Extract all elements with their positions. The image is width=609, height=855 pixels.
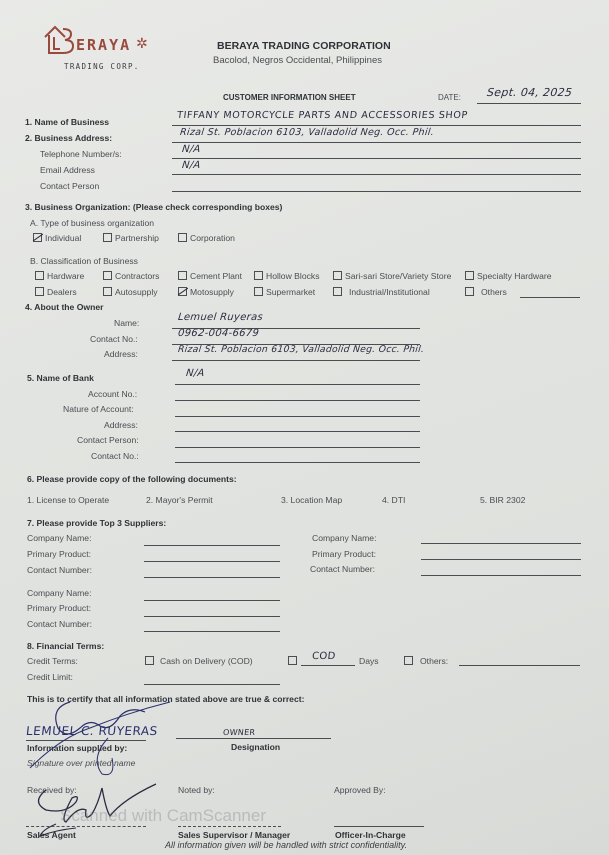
contractors-label: Contractors bbox=[115, 271, 159, 281]
business-address-line bbox=[172, 142, 581, 143]
supplier3-product-label: Primary Product: bbox=[27, 603, 91, 613]
corporation-checkbox[interactable] bbox=[178, 233, 187, 242]
individual-label: Individual bbox=[45, 233, 81, 243]
motosupply-checkbox[interactable] bbox=[178, 287, 187, 296]
others-checkbox[interactable] bbox=[465, 287, 474, 296]
class-hollow-blocks-option[interactable]: Hollow Blocks bbox=[254, 271, 320, 281]
supplier3-contact-label: Contact Number: bbox=[27, 619, 92, 629]
business-organization-title: 3. Business Organization: (Please check … bbox=[25, 202, 282, 212]
supplier2-company-label: Company Name: bbox=[312, 533, 376, 543]
supplier2-company-line bbox=[421, 543, 581, 544]
supplied-by-line bbox=[26, 740, 146, 741]
financial-title: 8. Financial Terms: bbox=[27, 641, 104, 651]
bank-account-line bbox=[175, 400, 420, 401]
telephone-label: Telephone Number/s: bbox=[40, 149, 122, 159]
hollow-blocks-checkbox[interactable] bbox=[254, 271, 263, 280]
designation-line bbox=[176, 738, 331, 739]
supplier3-product-line bbox=[144, 616, 280, 617]
customer-information-sheet: ERAYA ✲ TRADING CORP. BERAYA TRADING COR… bbox=[0, 0, 609, 855]
supermarket-checkbox[interactable] bbox=[254, 287, 263, 296]
corporation-label: Corporation bbox=[190, 233, 235, 243]
classification-title: B. Classification of Business bbox=[30, 256, 138, 266]
supervisor-line bbox=[178, 826, 281, 827]
supplier1-contact-label: Contact Number: bbox=[27, 565, 92, 575]
industrial-checkbox[interactable] bbox=[333, 287, 342, 296]
hardware-label: Hardware bbox=[47, 271, 84, 281]
contact-person-label: Contact Person bbox=[40, 181, 99, 191]
supplier2-product-label: Primary Product: bbox=[312, 549, 376, 559]
others-terms-line bbox=[459, 665, 580, 666]
motosupply-label: Motosupply bbox=[190, 287, 234, 297]
bank-contact-no-label: Contact No.: bbox=[91, 451, 139, 461]
credit-terms-label: Credit Terms: bbox=[27, 656, 78, 666]
designation-label: Designation bbox=[231, 742, 280, 752]
company-logo: ERAYA ✲ TRADING CORP. bbox=[40, 25, 165, 75]
cod-checkbox[interactable] bbox=[145, 656, 154, 665]
owner-address-value[interactable]: Rizal St. Poblacion 6103, Valladolid Neg… bbox=[177, 344, 424, 355]
cod-option[interactable]: Cash on Delivery (COD) bbox=[145, 656, 253, 666]
autosupply-label: Autosupply bbox=[115, 287, 158, 297]
days-line bbox=[301, 665, 355, 666]
others-label: Others bbox=[481, 287, 507, 297]
bank-address-line bbox=[175, 431, 420, 432]
bank-nature-line bbox=[175, 416, 420, 417]
confidentiality-note: All information given will be handled wi… bbox=[165, 840, 407, 850]
type-corporation-option[interactable]: Corporation bbox=[178, 233, 235, 243]
email-line bbox=[172, 174, 581, 175]
others-terms-checkbox[interactable] bbox=[404, 656, 413, 665]
approved-by-label: Approved By: bbox=[334, 785, 386, 795]
cod-label: Cash on Delivery (COD) bbox=[160, 656, 253, 666]
business-name-line bbox=[172, 125, 581, 126]
document-license: 1. License to Operate bbox=[27, 495, 109, 505]
supplier3-company-label: Company Name: bbox=[27, 588, 91, 598]
signature-note: Signature over printed name bbox=[27, 758, 135, 768]
business-name-value[interactable]: TIFFANY MOTORCYCLE PARTS AND ACCESSORIES… bbox=[176, 110, 468, 121]
days-label: Days bbox=[359, 656, 379, 666]
days-value[interactable]: COD bbox=[311, 651, 336, 662]
logo-subtitle: TRADING CORP. bbox=[64, 62, 140, 71]
industrial-label: Industrial/Institutional bbox=[349, 287, 430, 297]
suppliers-title: 7. Please provide Top 3 Suppliers: bbox=[27, 518, 166, 528]
officer-line bbox=[334, 826, 424, 827]
document-mayors-permit: 2. Mayor's Permit bbox=[146, 495, 213, 505]
logo-house-b-icon bbox=[43, 25, 79, 55]
officer-label: Officer-In-Charge bbox=[335, 830, 406, 840]
bank-name-line bbox=[175, 384, 420, 385]
bank-account-label: Account No.: bbox=[88, 389, 137, 399]
business-address-label: 2. Business Address: bbox=[25, 133, 112, 143]
supplier3-contact-line bbox=[144, 631, 280, 632]
telephone-line bbox=[172, 158, 581, 159]
designation-value[interactable]: OWNER bbox=[223, 728, 256, 737]
supplier2-contact-line bbox=[421, 575, 581, 576]
bank-address-label: Address: bbox=[104, 420, 138, 430]
others-specify-line bbox=[520, 297, 580, 298]
supplier1-company-line bbox=[144, 545, 280, 546]
owner-name-value[interactable]: Lemuel Ruyeras bbox=[177, 312, 263, 323]
days-checkbox[interactable] bbox=[288, 656, 297, 665]
bank-title: 5. Name of Bank bbox=[27, 373, 94, 383]
supplier1-product-line bbox=[144, 561, 280, 562]
owner-contact-value[interactable]: 0962-004-6679 bbox=[177, 328, 259, 339]
owner-address-line bbox=[172, 360, 420, 361]
dealers-label: Dealers bbox=[47, 287, 77, 297]
company-address: Bacolod, Negros Occidental, Philippines bbox=[213, 55, 382, 66]
certification-statement: This is to certify that all information … bbox=[27, 694, 304, 704]
date-label: DATE: bbox=[438, 93, 461, 102]
supplier1-contact-line bbox=[144, 577, 280, 578]
class-dealers-option[interactable]: Dealers bbox=[35, 287, 77, 297]
individual-checkbox[interactable] bbox=[33, 233, 42, 242]
document-bir: 5. BIR 2302 bbox=[480, 495, 525, 505]
noted-by-label: Noted by: bbox=[178, 785, 215, 795]
date-line bbox=[477, 103, 581, 104]
others-terms-option[interactable]: Others: bbox=[404, 656, 448, 666]
hollow-blocks-label: Hollow Blocks bbox=[266, 271, 320, 281]
logo-word: ERAYA bbox=[76, 36, 131, 54]
bank-nature-label: Nature of Account: bbox=[63, 404, 134, 414]
class-sari-sari-option[interactable]: Sari-sari Store/Variety Store bbox=[333, 271, 451, 281]
document-location-map: 3. Location Map bbox=[281, 495, 342, 505]
partnership-label: Partnership bbox=[115, 233, 159, 243]
hardware-checkbox[interactable] bbox=[35, 271, 44, 280]
bank-contact-person-line bbox=[175, 447, 420, 448]
company-name: BERAYA TRADING CORPORATION bbox=[217, 40, 391, 52]
class-motosupply-option[interactable]: Motosupply bbox=[178, 287, 234, 297]
date-value[interactable]: Sept. 04, 2025 bbox=[486, 86, 573, 99]
received-by-label: Received by: bbox=[27, 785, 77, 795]
supplier1-company-label: Company Name: bbox=[27, 533, 91, 543]
bank-name-value[interactable]: N/A bbox=[185, 368, 205, 379]
form-title: CUSTOMER INFORMATION SHEET bbox=[223, 93, 356, 102]
email-label: Email Address bbox=[40, 165, 95, 175]
sari-sari-label: Sari-sari Store/Variety Store bbox=[345, 271, 451, 281]
type-partnership-option[interactable]: Partnership bbox=[103, 233, 159, 243]
specialty-hardware-checkbox[interactable] bbox=[465, 271, 474, 280]
sales-agent-line bbox=[26, 826, 146, 827]
class-autosupply-option[interactable]: Autosupply bbox=[103, 287, 158, 297]
camscanner-watermark: Scanned with CamScanner bbox=[60, 806, 266, 826]
class-cement-plant-option[interactable]: Cement Plant bbox=[178, 271, 242, 281]
days-option[interactable] bbox=[288, 656, 300, 666]
telephone-value[interactable]: N/A bbox=[181, 144, 201, 155]
printed-name-value[interactable]: LEMUEL C. RUYERAS bbox=[25, 724, 158, 738]
supplier1-product-label: Primary Product: bbox=[27, 549, 91, 559]
bank-contact-person-label: Contact Person: bbox=[77, 435, 139, 445]
autosupply-checkbox[interactable] bbox=[103, 287, 112, 296]
email-value[interactable]: N/A bbox=[181, 160, 201, 171]
credit-limit-line bbox=[144, 684, 280, 685]
specialty-hardware-label: Specialty Hardware bbox=[477, 271, 552, 281]
class-contractors-option[interactable]: Contractors bbox=[103, 271, 159, 281]
logo-snowflake-icon: ✲ bbox=[136, 35, 148, 52]
dealers-checkbox[interactable] bbox=[35, 287, 44, 296]
sari-sari-checkbox[interactable] bbox=[333, 271, 342, 280]
supplier3-company-line bbox=[144, 600, 280, 601]
type-of-organization-title: A. Type of business organization bbox=[30, 218, 154, 228]
owner-title: 4. About the Owner bbox=[25, 302, 103, 312]
document-dti: 4. DTI bbox=[382, 495, 405, 505]
supplier2-contact-label: Contact Number: bbox=[310, 564, 375, 574]
owner-contact-label: Contact No.: bbox=[90, 334, 138, 344]
others-terms-label: Others: bbox=[420, 656, 448, 666]
partnership-checkbox[interactable] bbox=[103, 233, 112, 242]
supervisor-label: Sales Supervisor / Manager bbox=[178, 830, 290, 840]
class-industrial-option[interactable]: Industrial/Institutional bbox=[333, 287, 430, 297]
bank-contact-no-line bbox=[175, 462, 420, 463]
contractors-checkbox[interactable] bbox=[103, 271, 112, 280]
supermarket-label: Supermarket bbox=[266, 287, 315, 297]
credit-limit-label: Credit Limit: bbox=[27, 672, 73, 682]
supplier2-product-line bbox=[421, 559, 581, 560]
supplied-by-label: Information supplied by: bbox=[27, 743, 127, 753]
owner-address-label: Address: bbox=[104, 349, 138, 359]
business-address-value[interactable]: Rizal St. Poblacion 6103, Valladolid Neg… bbox=[179, 127, 434, 138]
class-others-option[interactable]: Others bbox=[465, 287, 507, 297]
sales-agent-label: Sales Agent bbox=[27, 830, 76, 840]
class-hardware-option[interactable]: Hardware bbox=[35, 271, 84, 281]
business-name-label: 1. Name of Business bbox=[25, 117, 109, 127]
cement-plant-checkbox[interactable] bbox=[178, 271, 187, 280]
contact-person-line bbox=[172, 191, 581, 192]
owner-name-label: Name: bbox=[114, 318, 139, 328]
documents-title: 6. Please provide copy of the following … bbox=[27, 474, 237, 484]
cement-plant-label: Cement Plant bbox=[190, 271, 242, 281]
class-supermarket-option[interactable]: Supermarket bbox=[254, 287, 315, 297]
type-individual-option[interactable]: Individual bbox=[33, 233, 81, 243]
class-specialty-hardware-option[interactable]: Specialty Hardware bbox=[465, 271, 552, 281]
